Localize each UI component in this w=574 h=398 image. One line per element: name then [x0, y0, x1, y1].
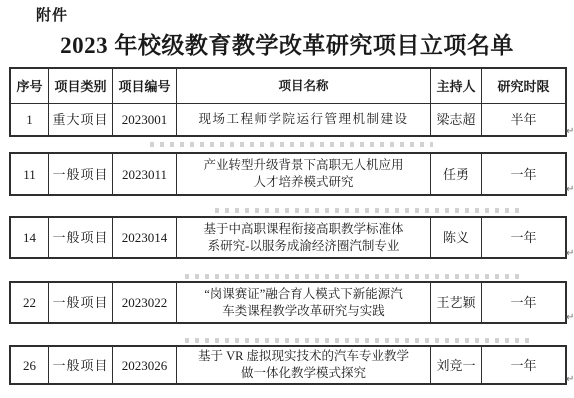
cell-code: 2023014 [112, 218, 176, 257]
cell-category: 一般项目 [48, 283, 112, 322]
header-leader: 主持人 [430, 69, 481, 103]
table-block: 26 一般项目 2023026 基于 VR 虚拟现实技术的汽车专业教学 做一体化… [9, 345, 567, 385]
header-name: 项目名称 [176, 69, 430, 103]
return-mark-icon: ↵ [566, 126, 574, 137]
clipped-text-remnant [185, 338, 535, 343]
clipped-text-remnant [150, 142, 433, 147]
cell-name: “岗课赛证”融合育人模式下新能源汽 车类课程教学改革研究与实践 [176, 283, 430, 322]
table-block-header: 序号 项目类别 项目编号 项目名称 主持人 研究时限 1 重大项目 202300… [9, 67, 567, 137]
clipped-text-remnant [185, 274, 525, 279]
cell-duration: 一年 [481, 154, 565, 194]
return-mark-icon: ↵ [566, 312, 574, 323]
cell-leader: 任勇 [430, 154, 481, 194]
cell-code: 2023001 [112, 104, 176, 135]
cell-duration: 半年 [481, 104, 565, 135]
table-block: 11 一般项目 2023011 产业转型升级背景下高职无人机应用 人才培养模式研… [9, 152, 567, 196]
return-mark-icon: ↵ [566, 248, 574, 259]
table-row: 14 一般项目 2023014 基于中高职课程衔接高职教学标准体 系研究-以服务… [11, 218, 565, 257]
table-row: 22 一般项目 2023022 “岗课赛证”融合育人模式下新能源汽 车类课程教学… [11, 283, 565, 322]
header-code: 项目编号 [112, 69, 176, 103]
cell-leader: 刘竞一 [430, 347, 481, 383]
cell-duration: 一年 [481, 218, 565, 257]
cell-seq: 26 [11, 347, 48, 383]
cell-name: 基于 VR 虚拟现实技术的汽车专业教学 做一体化教学模式探究 [176, 347, 430, 383]
clipped-text-remnant [215, 208, 520, 213]
cell-leader: 梁志超 [430, 104, 481, 135]
page-title: 2023 年校级教育教学改革研究项目立项名单 [0, 27, 574, 60]
attachment-label: 附件 [36, 4, 68, 25]
cell-name: 基于中高职课程衔接高职教学标准体 系研究-以服务成渝经济圈汽制专业 [176, 218, 430, 257]
cell-seq: 14 [11, 218, 48, 257]
cell-code: 2023022 [112, 283, 176, 322]
cell-code: 2023026 [112, 347, 176, 383]
cell-category: 一般项目 [48, 154, 112, 194]
table-header-row: 序号 项目类别 项目编号 项目名称 主持人 研究时限 [11, 69, 565, 103]
document-page: 附件 2023 年校级教育教学改革研究项目立项名单 序号 项目类别 项目编号 项… [0, 0, 574, 398]
header-duration: 研究时限 [481, 69, 565, 103]
header-seq: 序号 [11, 69, 48, 103]
table-block: 22 一般项目 2023022 “岗课赛证”融合育人模式下新能源汽 车类课程教学… [9, 281, 567, 324]
cell-name: 现场工程师学院运行管理机制建设 [176, 104, 430, 135]
cell-category: 重大项目 [48, 104, 112, 135]
header-category: 项目类别 [48, 69, 112, 103]
cell-code: 2023011 [112, 154, 176, 194]
cell-category: 一般项目 [48, 218, 112, 257]
return-mark-icon: ↵ [566, 374, 574, 385]
cell-leader: 王艺颖 [430, 283, 481, 322]
cell-category: 一般项目 [48, 347, 112, 383]
cell-name: 产业转型升级背景下高职无人机应用 人才培养模式研究 [176, 154, 430, 194]
return-mark-icon: ↵ [566, 184, 574, 195]
cell-duration: 一年 [481, 283, 565, 322]
table-row: 11 一般项目 2023011 产业转型升级背景下高职无人机应用 人才培养模式研… [11, 154, 565, 194]
table-row: 1 重大项目 2023001 现场工程师学院运行管理机制建设 梁志超 半年 [11, 103, 565, 135]
cell-duration: 一年 [481, 347, 565, 383]
cell-seq: 22 [11, 283, 48, 322]
cell-seq: 11 [11, 154, 48, 194]
table-row: 26 一般项目 2023026 基于 VR 虚拟现实技术的汽车专业教学 做一体化… [11, 347, 565, 383]
cell-seq: 1 [11, 104, 48, 135]
cell-leader: 陈义 [430, 218, 481, 257]
table-block: 14 一般项目 2023014 基于中高职课程衔接高职教学标准体 系研究-以服务… [9, 216, 567, 259]
